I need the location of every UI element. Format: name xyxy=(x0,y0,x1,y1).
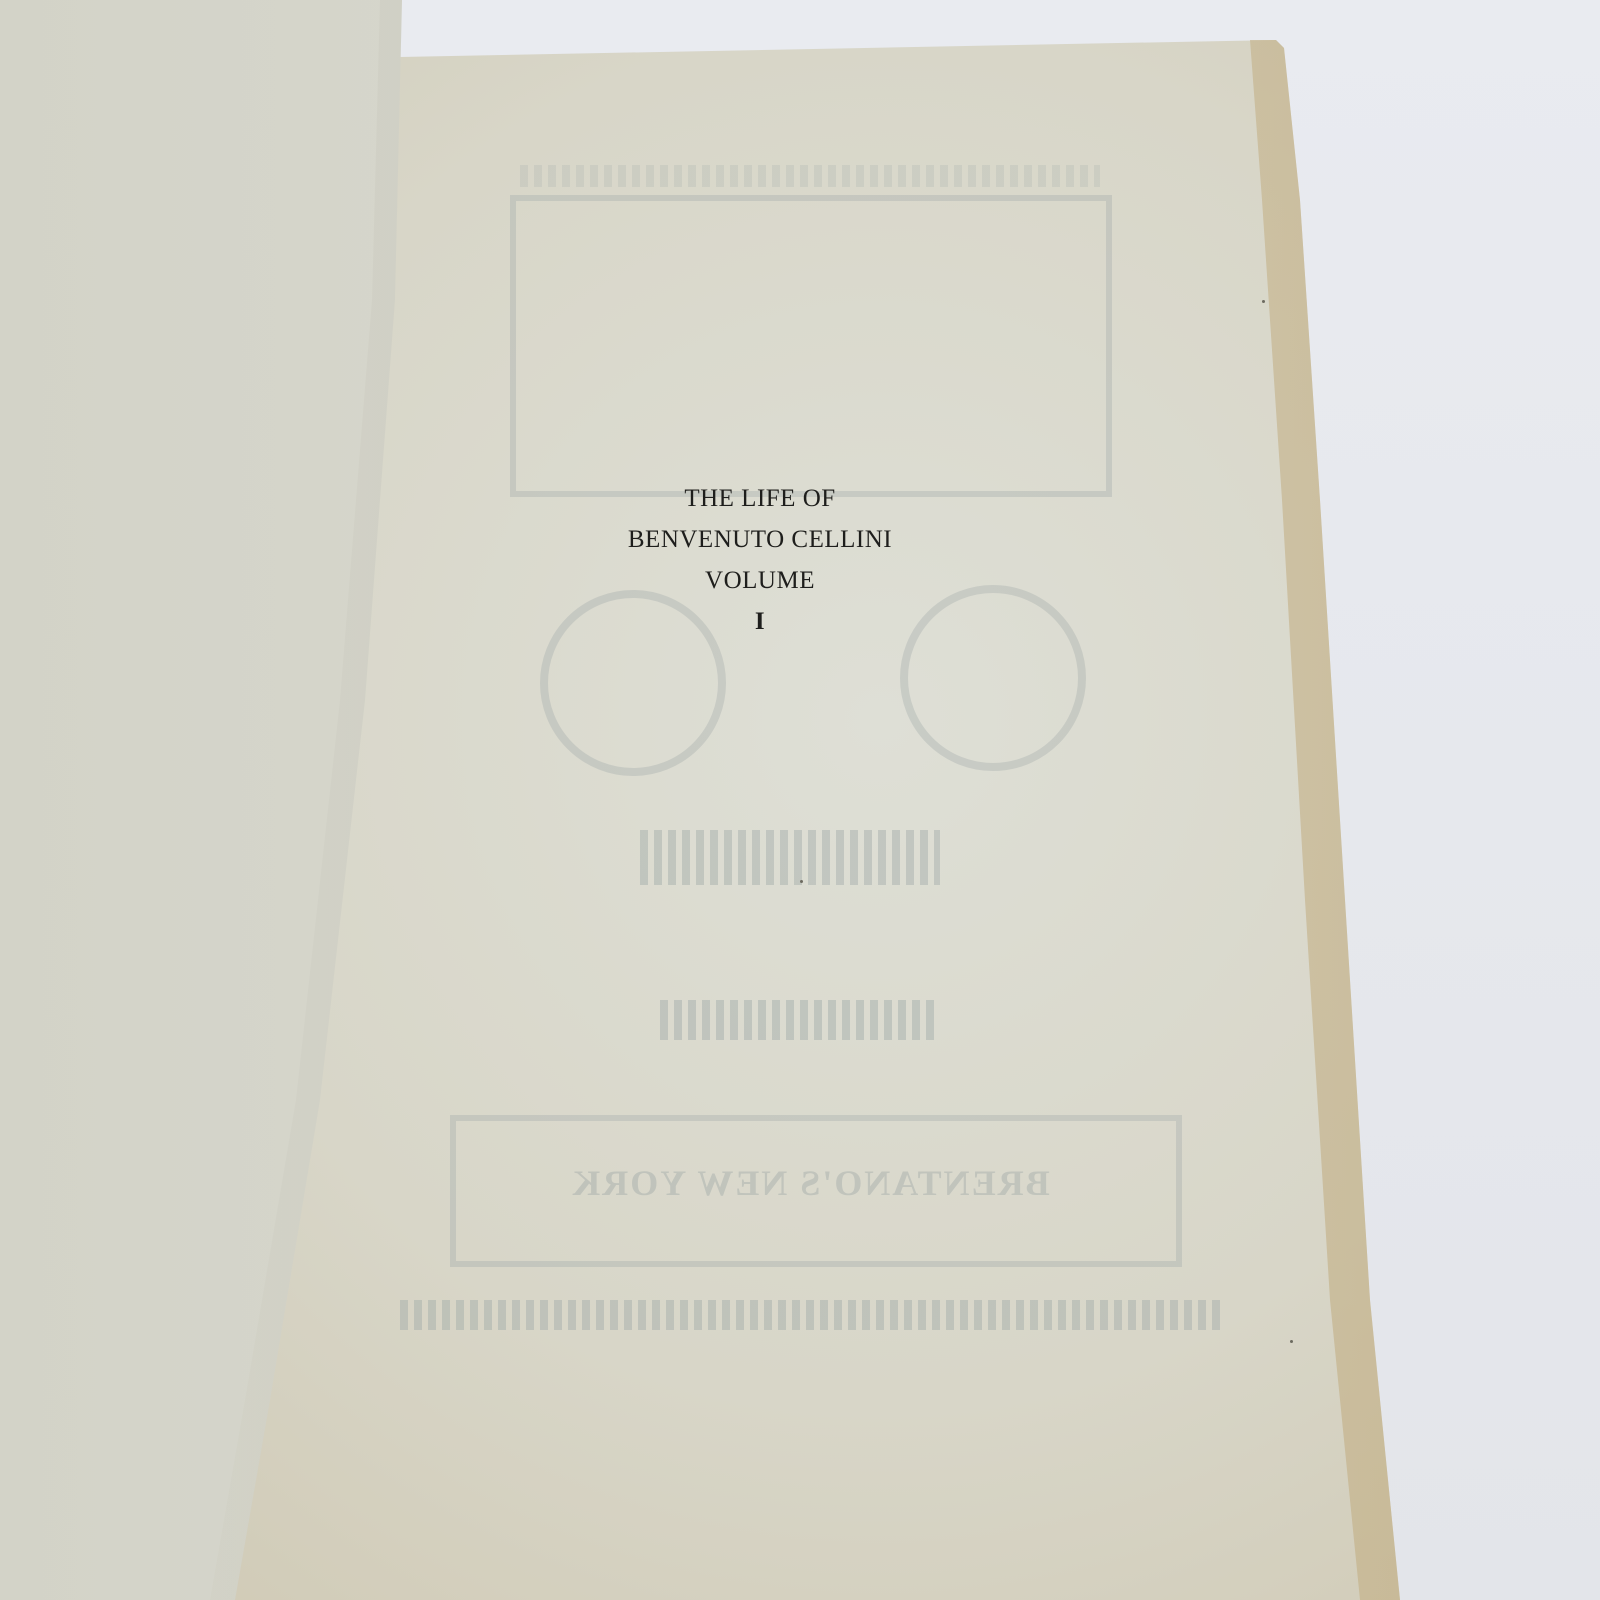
show-through-top-ornament xyxy=(520,165,1100,187)
title-line-4: I xyxy=(580,601,940,642)
show-through-bottom-frieze xyxy=(400,1300,1220,1330)
show-through-colonnade xyxy=(640,830,940,885)
show-through-top-frame xyxy=(510,195,1112,497)
title-line-2: BENVENUTO CELLINI xyxy=(580,519,940,560)
half-title: THE LIFE OF BENVENUTO CELLINI VOLUME I xyxy=(580,478,940,642)
book-photo: BRENTANO'S NEW YORK THE LIFE OF BENVENUT… xyxy=(0,0,1600,1600)
paper-speck xyxy=(1262,300,1265,303)
show-through-base xyxy=(660,1000,940,1040)
paper-speck xyxy=(1290,1340,1293,1343)
title-line-1: THE LIFE OF xyxy=(580,478,940,519)
title-line-3: VOLUME xyxy=(580,560,940,601)
paper-speck xyxy=(800,880,803,883)
show-through-publisher: BRENTANO'S NEW YORK xyxy=(530,1162,1090,1204)
